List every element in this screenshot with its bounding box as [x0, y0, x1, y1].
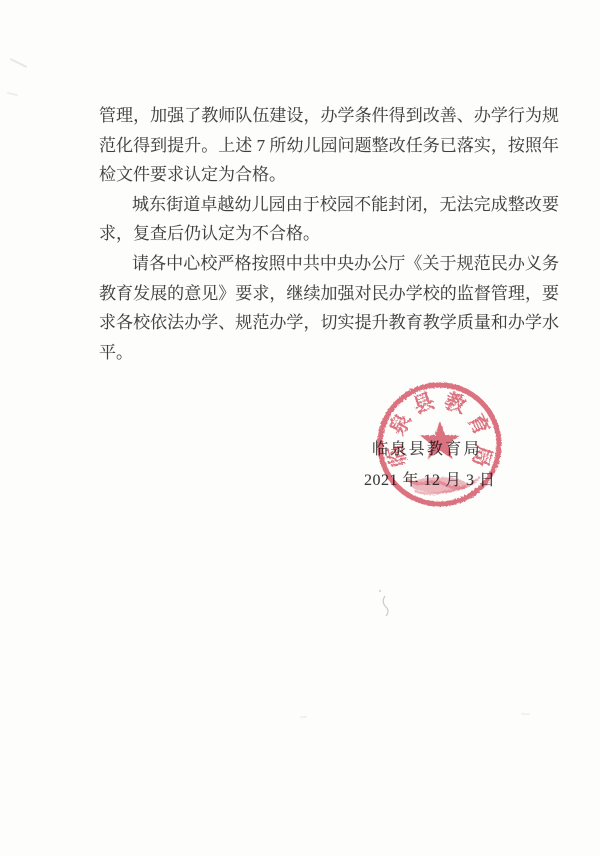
document-line: 求各校依法办学、规范办学，切实提升教育教学质量和办学水: [99, 308, 559, 338]
document-line: 城东街道卓越幼儿园由于校园不能封闭，无法完成整改要: [99, 190, 559, 220]
document-line: 管理，加强了教师队伍建设，办学条件得到改善、办学行为规: [99, 101, 559, 131]
document-line: 请各中心校严格按照中共中央办公厅《关于规范民办义务: [99, 249, 559, 279]
scan-artifact: [373, 586, 395, 618]
scan-artifact: [521, 713, 530, 716]
scan-artifact: [10, 58, 28, 68]
document-line: 平。: [99, 338, 559, 368]
seal-ring-char: 局: [468, 443, 497, 469]
seal-ring-char: 临: [383, 443, 412, 469]
document-page: 管理，加强了教师队伍建设，办学条件得到改善、办学行为规 范化得到提升。上述 7 …: [0, 0, 600, 856]
scan-artifact: [7, 92, 18, 96]
seal-star-icon: [420, 421, 460, 459]
official-seal: 临 泉 县 教 育 局: [375, 381, 505, 511]
document-line: 教育发展的意见》要求，继续加强对民办学校的监督管理，要: [99, 279, 559, 309]
scan-artifact: [300, 716, 307, 719]
document-line: 检文件要求认定为合格。: [99, 160, 559, 190]
document-line: 求，复查后仍认定为不合格。: [99, 219, 559, 249]
document-line: 范化得到提升。上述 7 所幼儿园问题整改任务已落实，按照年: [99, 131, 559, 161]
document-body: 管理，加强了教师队伍建设，办学条件得到改善、办学行为规 范化得到提升。上述 7 …: [99, 101, 559, 367]
